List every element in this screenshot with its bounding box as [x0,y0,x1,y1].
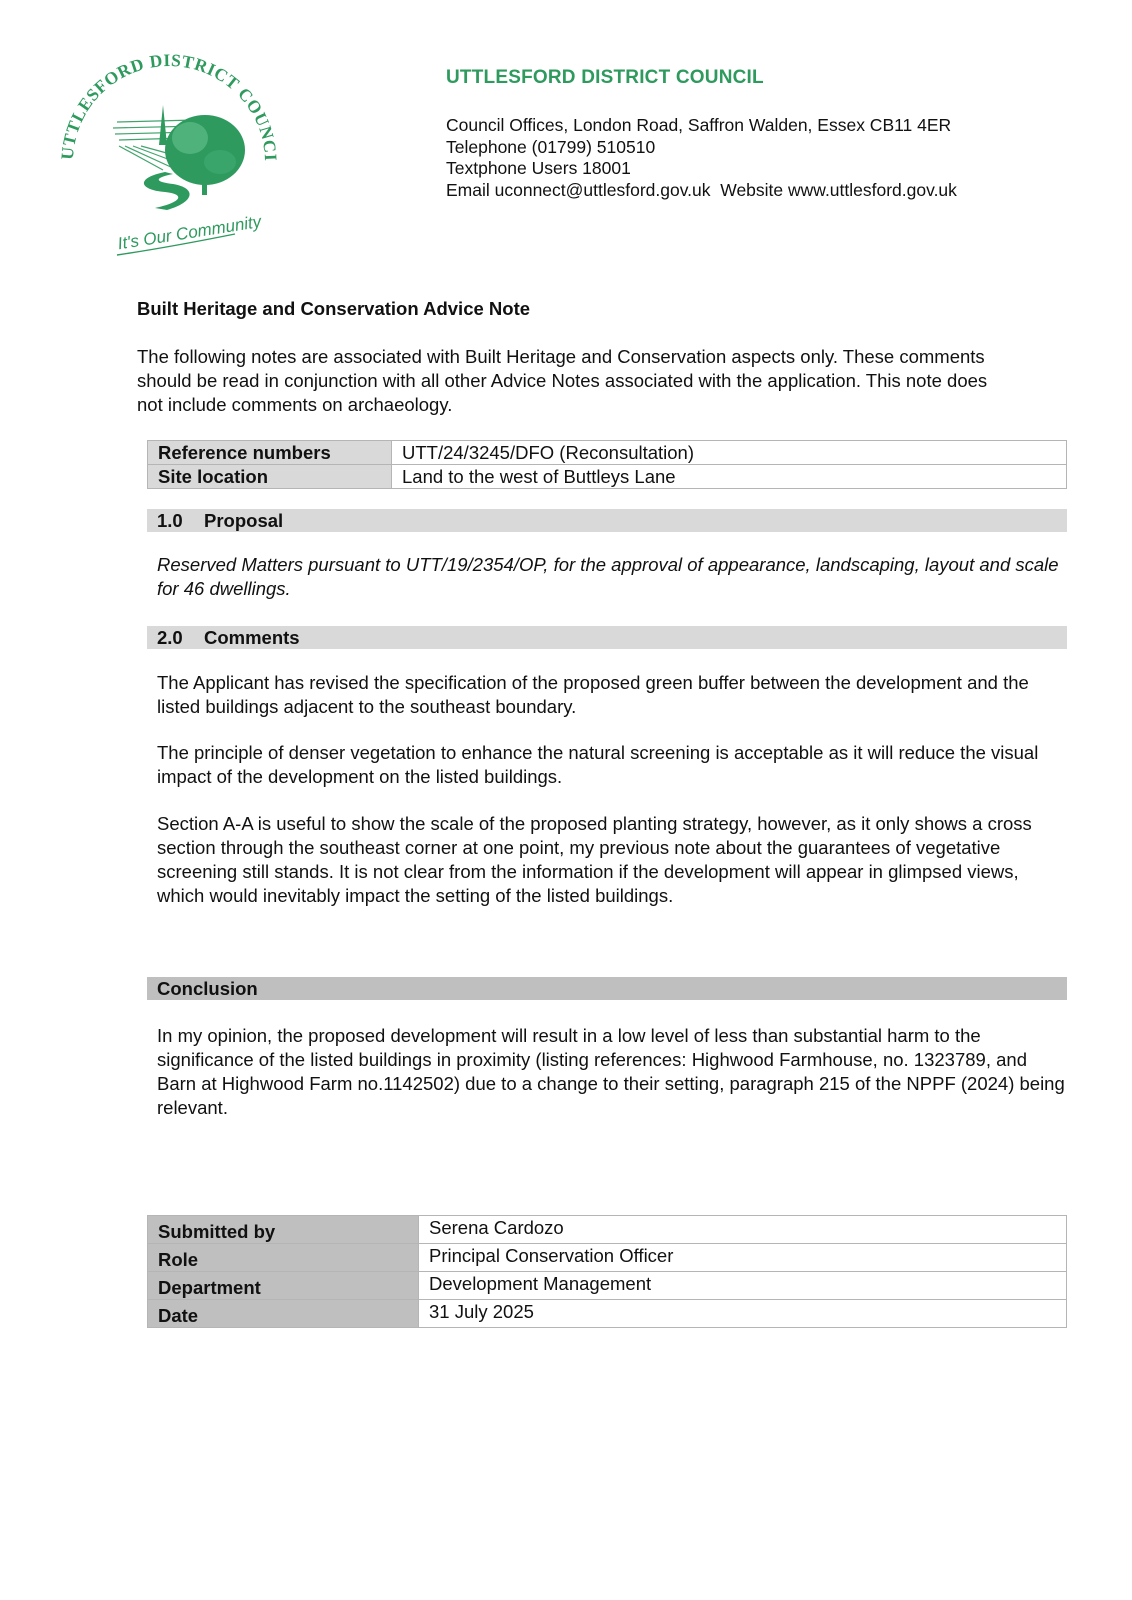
site-location-value: Land to the west of Buttleys Lane [392,465,1067,489]
comments-paragraph: Section A-A is useful to show the scale … [157,812,1067,908]
submitted-by-value: Serena Cardozo [419,1216,1067,1244]
table-row: Submitted by Serena Cardozo [148,1216,1067,1244]
signoff-table: Submitted by Serena Cardozo Role Princip… [147,1215,1067,1328]
address-line: Council Offices, London Road, Saffron Wa… [446,115,957,137]
telephone-line: Telephone (01799) 510510 [446,137,957,159]
table-row: Department Development Management [148,1272,1067,1300]
organisation-name: UTTLESFORD DISTRICT COUNCIL [446,67,764,89]
section-heading-comments: 2.0 Comments [147,626,1067,649]
reference-numbers-label: Reference numbers [148,441,392,465]
council-crest-icon: UTTLESFORD DISTRICT COUNCIL It's Our Com… [55,50,285,260]
comments-paragraph: The principle of denser vegetation to en… [157,741,1067,789]
section-title: Proposal [204,510,283,532]
section-title: Comments [204,627,300,649]
comments-paragraph: The Applicant has revised the specificat… [157,671,1067,719]
table-row: Date 31 July 2025 [148,1300,1067,1328]
svg-text:It's Our Community: It's Our Community [116,212,264,254]
date-label: Date [148,1300,419,1328]
submitted-by-label: Submitted by [148,1216,419,1244]
department-value: Development Management [419,1272,1067,1300]
conclusion-paragraph: In my opinion, the proposed development … [157,1024,1067,1120]
section-title: Conclusion [157,978,258,1000]
proposal-description: Reserved Matters pursuant to UTT/19/2354… [157,553,1067,601]
date-value: 31 July 2025 [419,1300,1067,1328]
intro-paragraph: The following notes are associated with … [137,345,1017,417]
role-label: Role [148,1244,419,1272]
table-row: Site location Land to the west of Buttle… [148,465,1067,489]
table-row: Role Principal Conservation Officer [148,1244,1067,1272]
document-title: Built Heritage and Conservation Advice N… [137,298,530,320]
email-website-line: Email uconnect@uttlesford.gov.uk Website… [446,180,957,202]
site-location-label: Site location [148,465,392,489]
reference-numbers-value: UTT/24/3245/DFO (Reconsultation) [392,441,1067,465]
table-row: Reference numbers UTT/24/3245/DFO (Recon… [148,441,1067,465]
department-label: Department [148,1272,419,1300]
textphone-line: Textphone Users 18001 [446,158,957,180]
section-heading-conclusion: Conclusion [147,977,1067,1000]
contact-details: Council Offices, London Road, Saffron Wa… [446,115,957,201]
section-number: 2.0 [157,627,204,649]
reference-table: Reference numbers UTT/24/3245/DFO (Recon… [147,440,1067,489]
council-logo: UTTLESFORD DISTRICT COUNCIL It's Our Com… [55,50,285,260]
role-value: Principal Conservation Officer [419,1244,1067,1272]
section-heading-proposal: 1.0 Proposal [147,509,1067,532]
section-number: 1.0 [157,510,204,532]
